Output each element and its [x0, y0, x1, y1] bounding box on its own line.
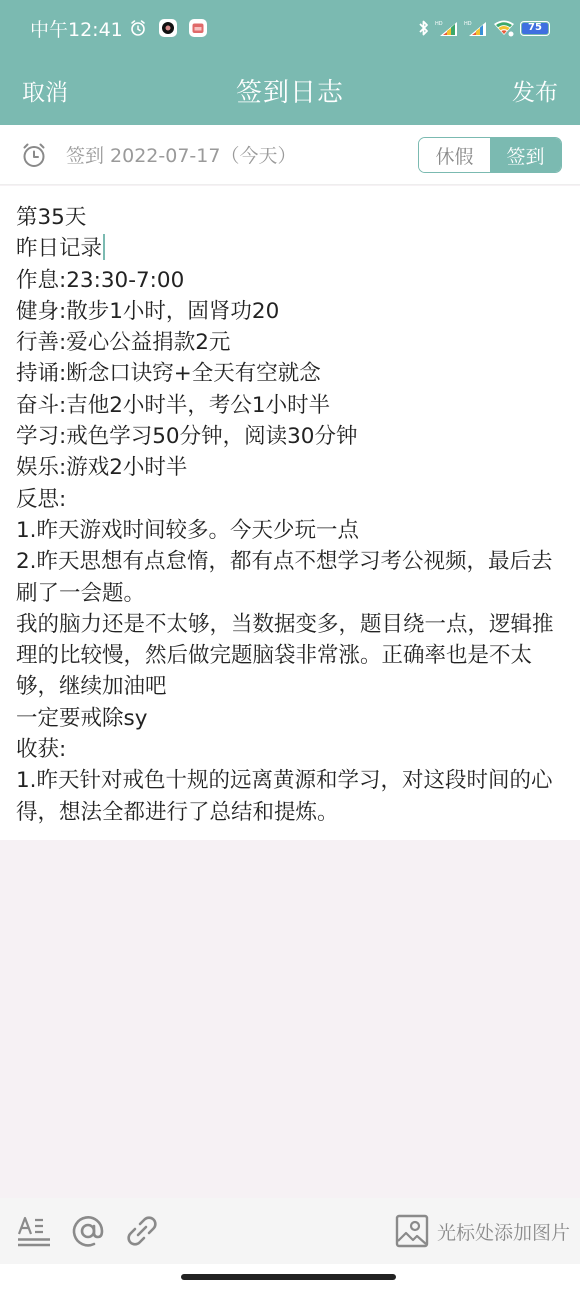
- music-app-icon: [159, 19, 177, 37]
- signal-hd-2-icon: HD: [464, 19, 488, 37]
- text-caret: [103, 234, 105, 260]
- publish-button[interactable]: 发布: [512, 74, 558, 107]
- editor-line: 娱乐:游戏2小时半: [16, 452, 564, 483]
- image-icon: [395, 1214, 429, 1248]
- editor-line: 收获:: [16, 734, 564, 765]
- editor-line: 学习:戒色学习50分钟，阅读30分钟: [16, 421, 564, 452]
- alarm-clock-icon[interactable]: [20, 141, 48, 169]
- add-image-button[interactable]: 光标处添加图片: [395, 1198, 570, 1264]
- svg-text:HD: HD: [464, 21, 472, 27]
- editor-line: 持诵:断念口诀窍+全天有空就念: [16, 358, 564, 389]
- editor-line: 1.昨天游戏时间较多。今天少玩一点: [16, 515, 564, 546]
- editor-toolbar: 光标处添加图片: [0, 1198, 580, 1264]
- editor-line-with-caret: 昨日记录: [16, 233, 564, 264]
- mention-icon[interactable]: [70, 1213, 106, 1249]
- page-title: 签到日志: [0, 72, 580, 109]
- signal-hd-1-icon: HD: [435, 19, 459, 37]
- editor-line-text: 昨日记录: [16, 236, 102, 261]
- alarm-icon: [129, 19, 147, 37]
- checkin-date-text[interactable]: 签到 2022-07-17（今天）: [66, 141, 296, 168]
- status-time: 中午12:41: [30, 15, 123, 42]
- gesture-bar: [0, 1264, 580, 1289]
- add-image-label: 光标处添加图片: [437, 1218, 570, 1245]
- editor-line: 健身:散步1小时，固肾功20: [16, 296, 564, 327]
- editor-line: 我的脑力还是不太够，当数据变多，题目绕一点，逻辑推理的比较慢，然后做完题脑袋非常…: [16, 609, 564, 703]
- log-editor[interactable]: 第35天 昨日记录 作息:23:30-7:00 健身:散步1小时，固肾功20 行…: [0, 186, 580, 840]
- bluetooth-icon: [418, 19, 430, 37]
- nav-bar: 取消 签到日志 发布: [0, 56, 580, 125]
- status-bar-left: 中午12:41: [30, 15, 207, 42]
- editor-line: 第35天: [16, 202, 564, 233]
- editor-line: 作息:23:30-7:00: [16, 265, 564, 296]
- editor-line: 行善:爱心公益捐款2元: [16, 327, 564, 358]
- segment-vacation[interactable]: 休假: [419, 138, 490, 172]
- editor-line: 2.昨天思想有点怠惰，都有点不想学习考公视频，最后去刷了一会题。: [16, 546, 564, 609]
- editor-line: 反思:: [16, 484, 564, 515]
- segment-checkin[interactable]: 签到: [490, 138, 561, 172]
- editor-line: 奋斗:吉他2小时半，考公1小时半: [16, 390, 564, 421]
- battery-icon: 75: [520, 21, 550, 36]
- calendar-app-icon: [189, 19, 207, 37]
- checkin-type-toggle: 休假 签到: [418, 137, 562, 173]
- status-bar-right: HD HD 75: [418, 19, 550, 37]
- checkin-date-row: 签到 2022-07-17（今天） 休假 签到: [0, 125, 580, 185]
- text-format-icon[interactable]: [16, 1213, 52, 1249]
- editor-line: 一定要戒除sy: [16, 703, 564, 734]
- wifi-icon: [493, 19, 515, 37]
- editor-line: 1.昨天针对戒色十规的远离黄源和学习，对这段时间的心得，想法全都进行了总结和提炼…: [16, 765, 564, 828]
- cancel-button[interactable]: 取消: [22, 74, 68, 107]
- link-icon[interactable]: [124, 1213, 160, 1249]
- top-bar: 中午12:41 HD HD 75: [0, 0, 580, 125]
- battery-level: 75: [522, 23, 548, 34]
- home-indicator[interactable]: [181, 1274, 396, 1280]
- svg-text:HD: HD: [435, 21, 443, 27]
- status-bar: 中午12:41 HD HD 75: [0, 0, 580, 56]
